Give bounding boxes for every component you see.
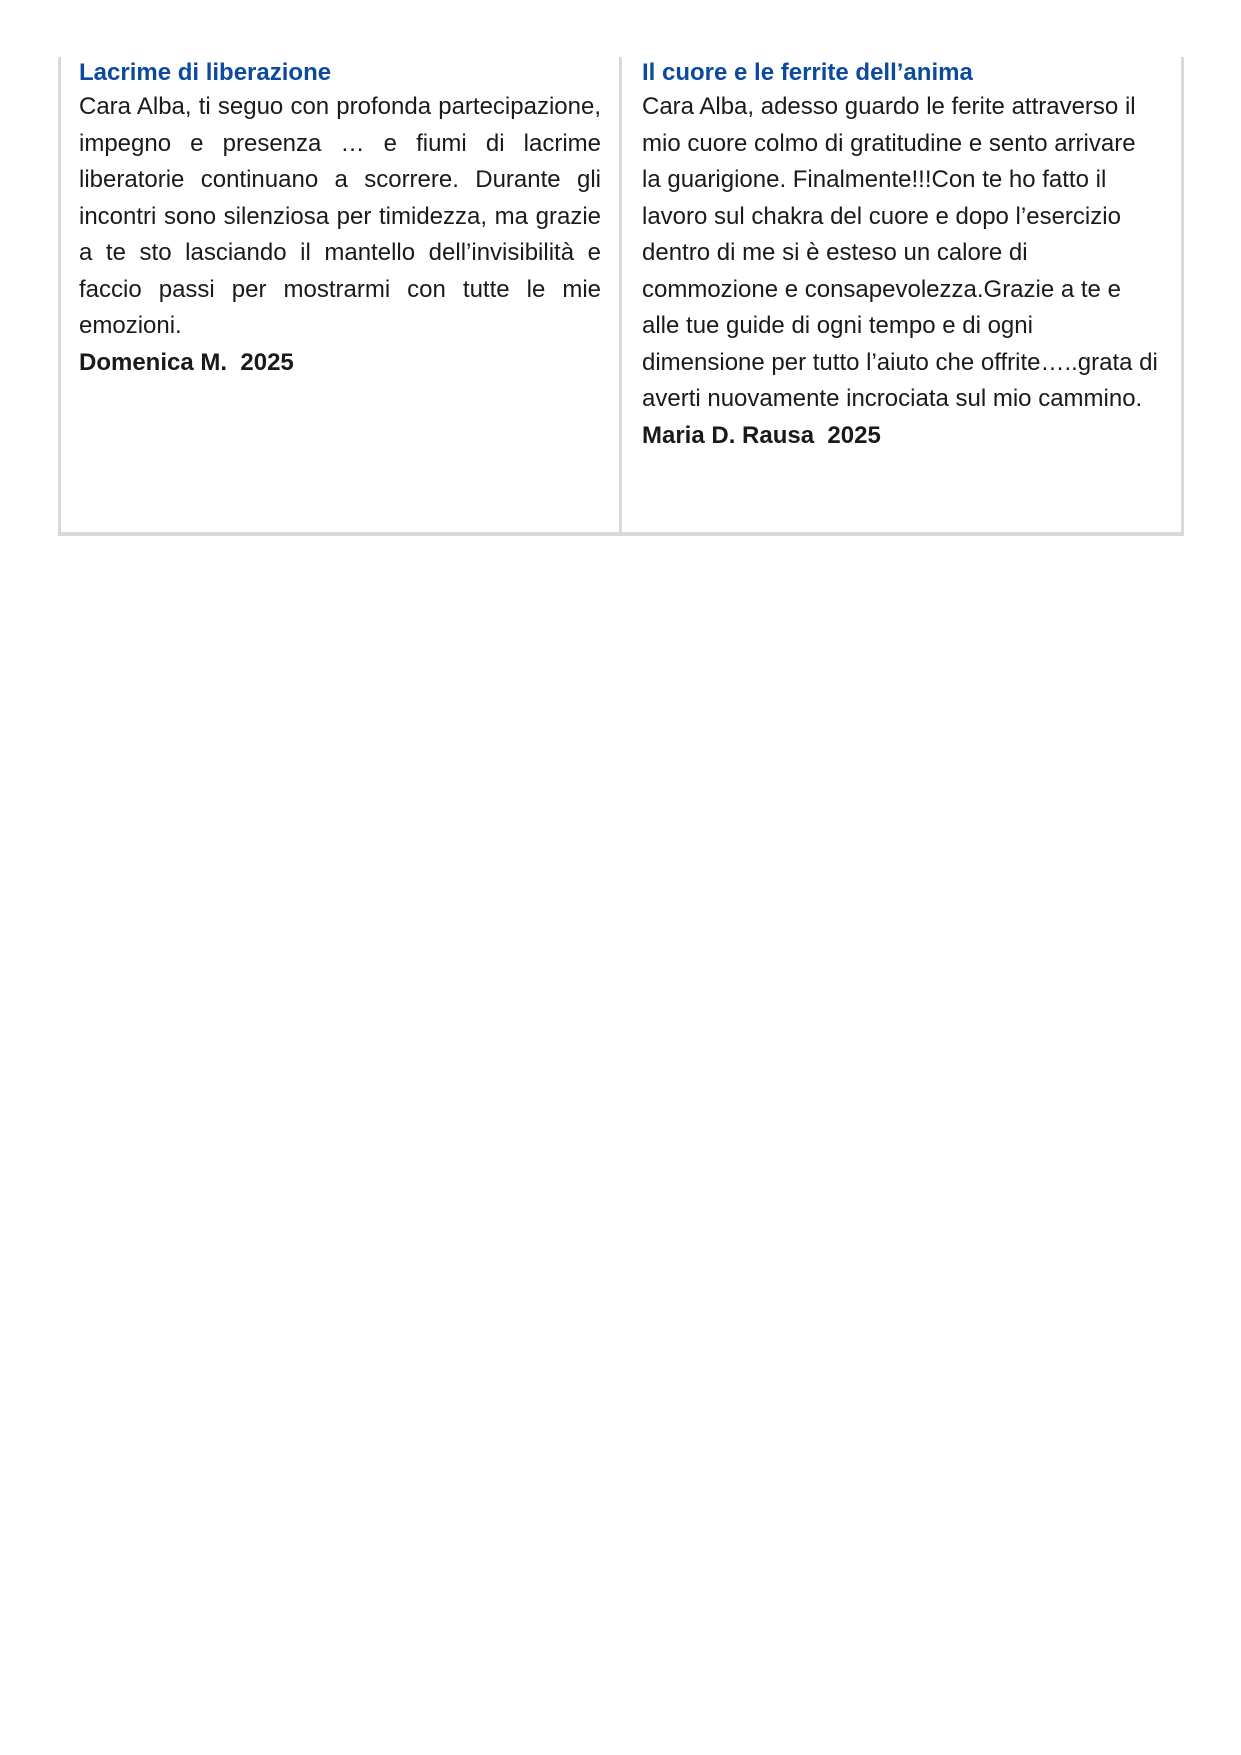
testimonials-table: Lacrime di liberazione Cara Alba, ti seg…: [58, 57, 1184, 536]
testimonial-text: Cara Alba, adesso guardo le ferite attra…: [642, 89, 1159, 418]
testimonial-signature: Domenica M. 2025: [79, 345, 601, 382]
testimonial-title: Il cuore e le ferrite dell’anima: [642, 58, 1159, 88]
testimonial-signature: Maria D. Rausa 2025: [642, 418, 1159, 455]
testimonial-cell: Il cuore e le ferrite dell’anima Cara Al…: [622, 57, 1181, 532]
testimonial-text: Cara Alba, ti seguo con profonda parteci…: [79, 89, 601, 345]
testimonial-cell: Lacrime di liberazione Cara Alba, ti seg…: [61, 57, 622, 532]
testimonial-title: Lacrime di liberazione: [79, 58, 601, 88]
